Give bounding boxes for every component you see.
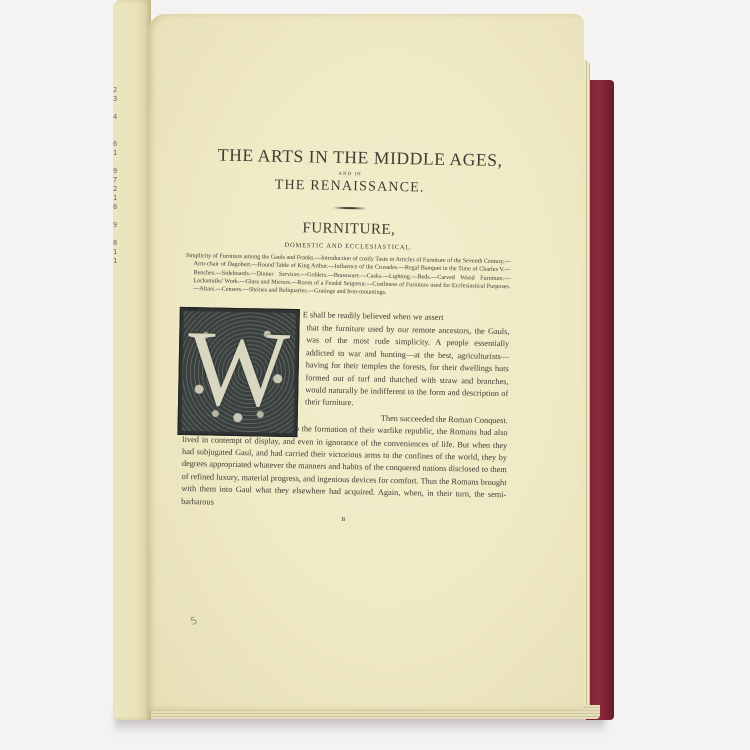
opening-continued: that the furniture used by our remote an… [305, 323, 510, 407]
pencil-annotation: 5 [189, 615, 199, 628]
body-text: W E shall be readily believed when we as… [181, 307, 510, 526]
ornamental-rule-icon [332, 207, 366, 210]
book-title: THE ARTS IN THE MIDDLE AGES, [208, 144, 513, 171]
opening-paragraph: E shall be readily believed when we asse… [305, 310, 510, 413]
left-page-margin-text: 2 3 4 6 1 9 7 2 1 8 9 8 1 1 [113, 86, 121, 266]
signature-mark: B [181, 514, 506, 526]
red-cloth-binding [586, 80, 614, 720]
right-page: THE ARTS IN THE MIDDLE AGES, AND IN THE … [148, 14, 584, 710]
chapter-subtitle: DOMESTIC AND ECCLESIASTICAL. [186, 240, 511, 253]
chapter-title: FURNITURE, [186, 218, 511, 241]
drop-cap-letter: W [179, 314, 299, 426]
page-content: THE ARTS IN THE MIDDLE AGES, AND IN THE … [181, 144, 513, 526]
book-subtitle: THE RENAISSANCE. [187, 176, 512, 198]
book-photo-scene: 2 3 4 6 1 9 7 2 1 8 9 8 1 1 THE ARTS IN … [0, 0, 750, 750]
illuminated-initial-w-icon: W [177, 307, 299, 437]
chapter-summary: Simplicity of Furniture among the Gauls … [185, 252, 511, 300]
